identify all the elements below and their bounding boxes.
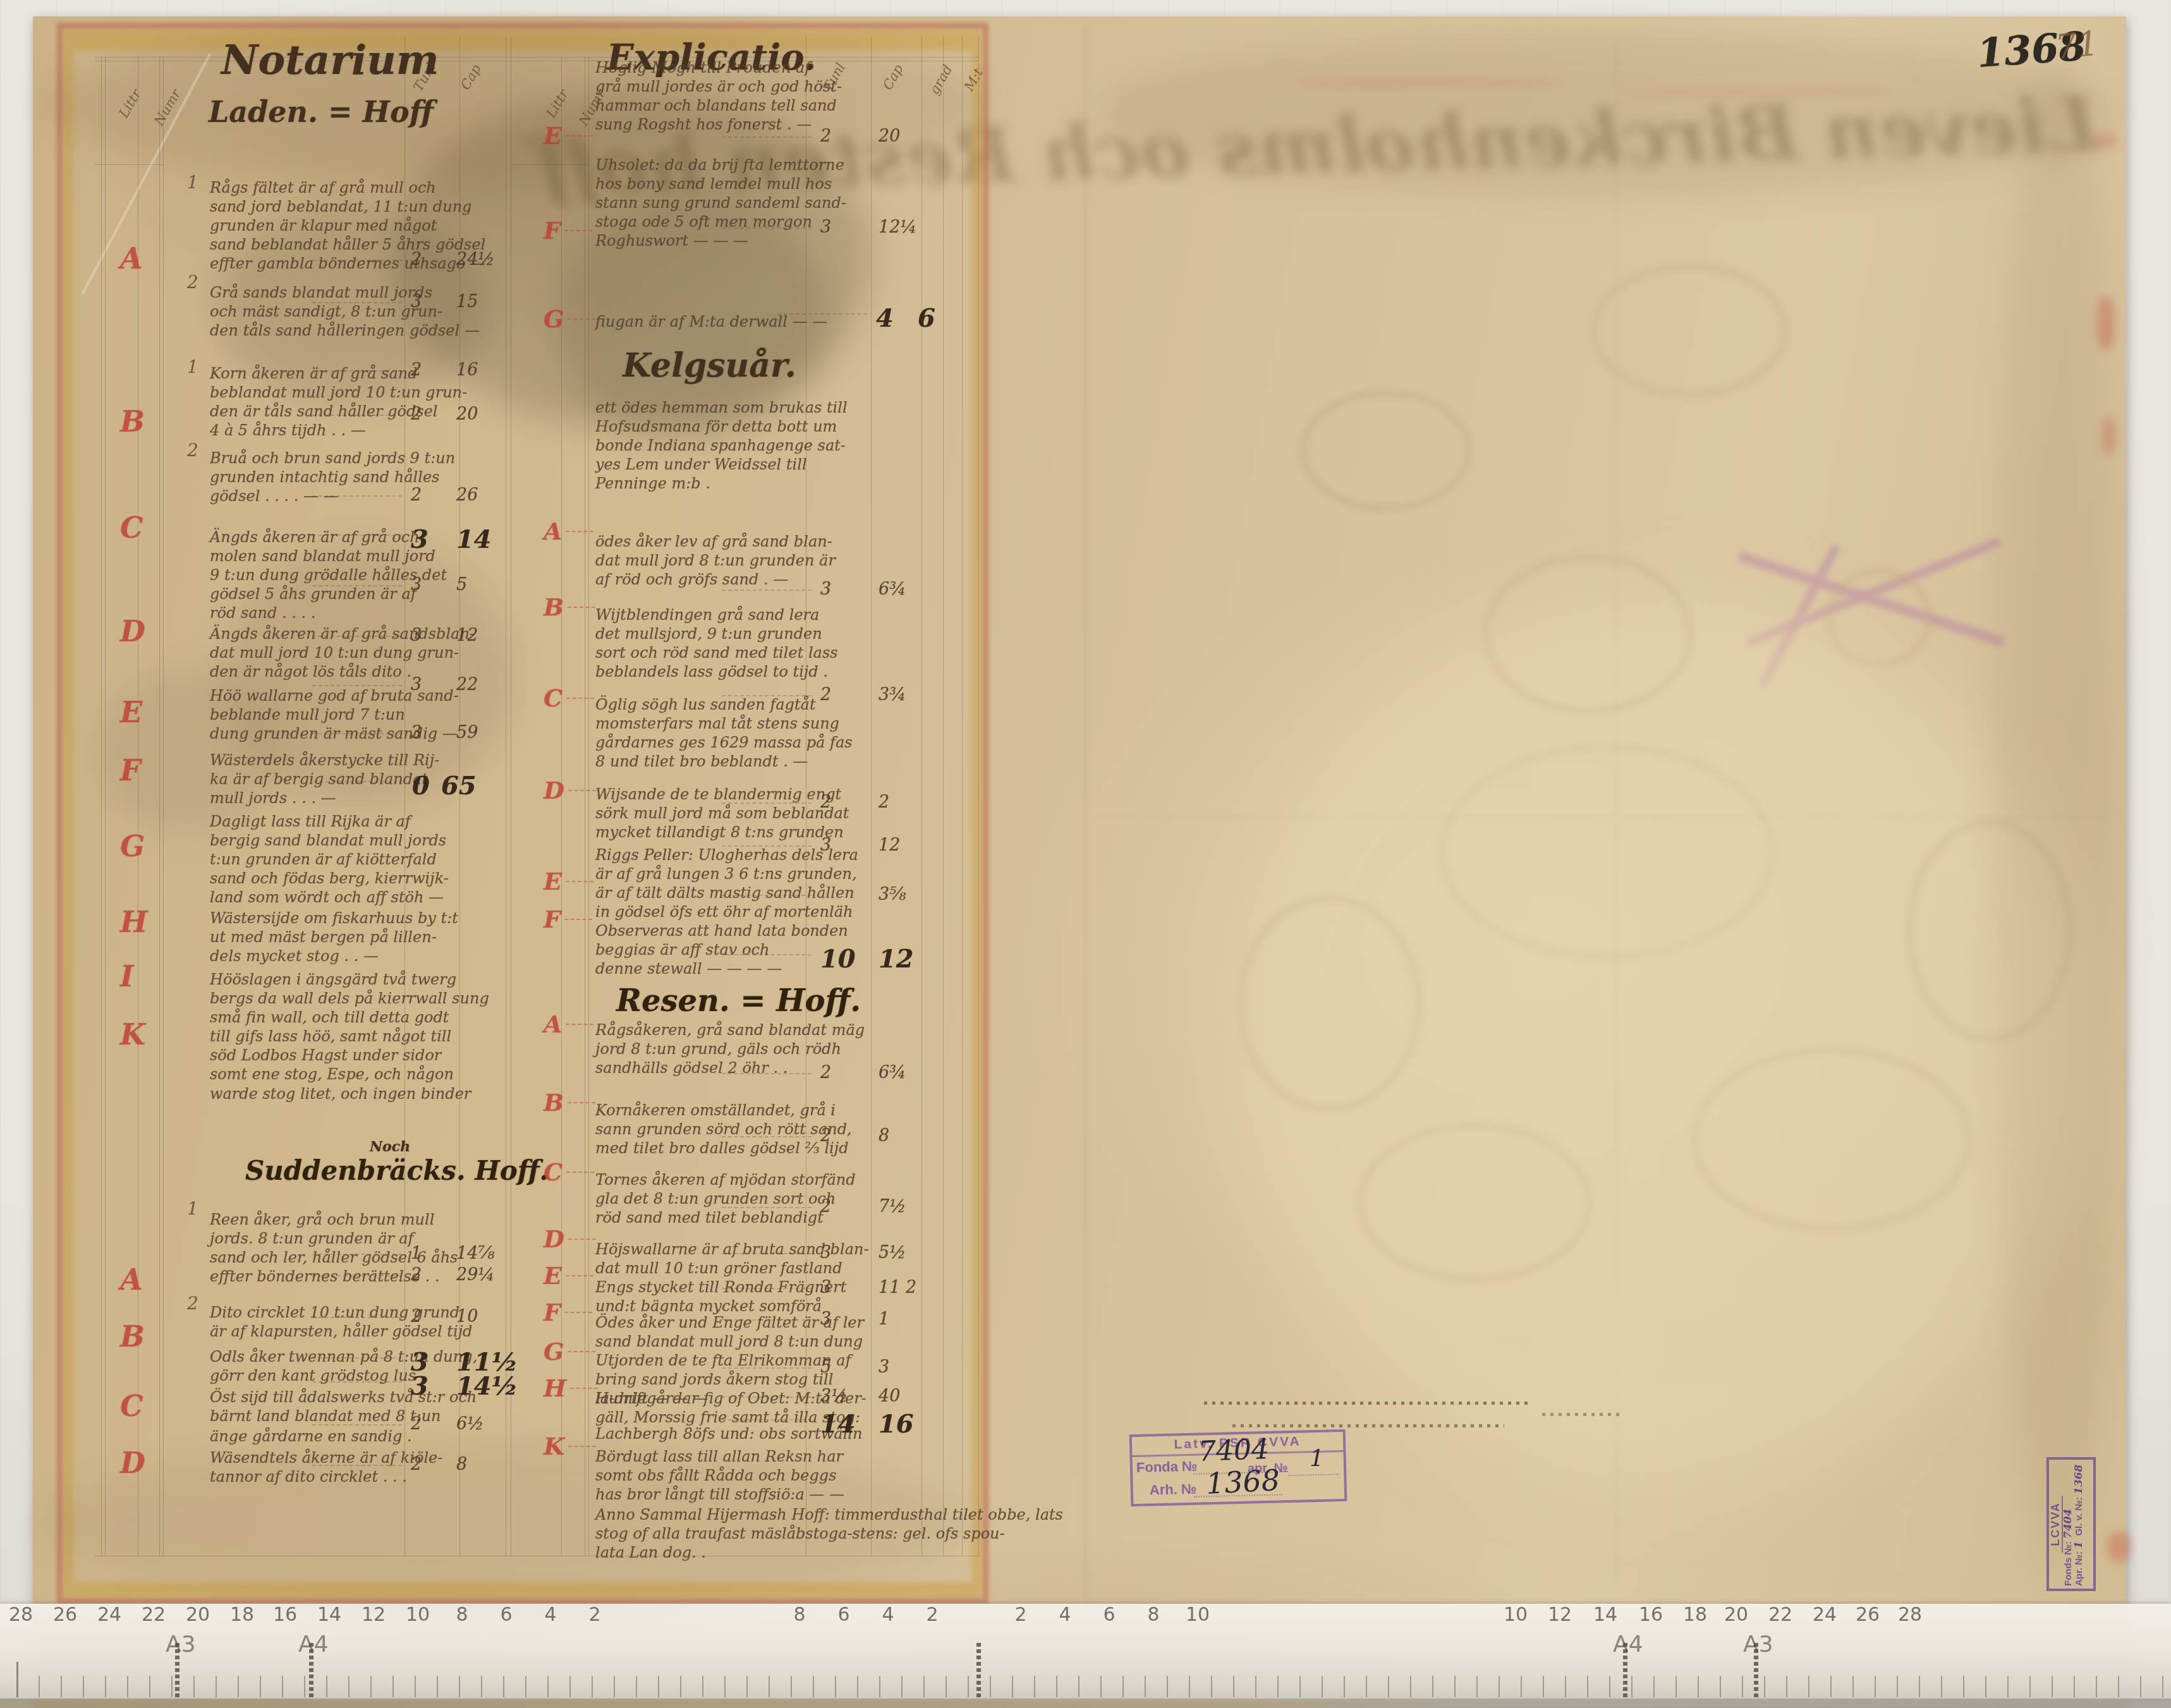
entry-text-line: gödsel 5 åhs grunden är af [210,584,418,603]
entry-text-line: grunden är klapur med något [210,216,418,235]
ruler-tick [879,1676,880,1697]
ruler-tick [1786,1676,1787,1697]
entry-text-line: Wijsande de te blandermig engt [595,785,804,804]
value-tunnor: 0 [412,771,430,801]
photographic-scale-ruler: 2826242220181614121086428642246810101214… [0,1604,2171,1701]
value-leader [722,954,812,955]
value-tunnor: 1 [411,1244,422,1263]
entry-text-line: grå mull jordes är och god höst- [595,77,804,96]
red-ink-mark [2097,297,2115,350]
entry-text: warde stog litet, och ingen binder [210,1084,418,1103]
ruler-tick [2096,1676,2097,1697]
value-tunnor: 2 [411,1265,422,1285]
entry-text: Tornes åkeren af mjödan storfändgla det … [595,1170,804,1227]
value-leader [722,895,812,896]
ruler-label: 28 [1898,1604,1922,1626]
entry-text-line: bärnt land blandat med 8 t:un [210,1407,418,1426]
value-cappar: 26 [456,485,478,505]
section-title: Noch [370,1139,410,1155]
value-tunnor: 3 [820,217,831,237]
entry-text-line: är af klapursten, håller gödsel tijd [210,1322,418,1341]
value-cappar: 16 [879,1409,914,1439]
column-rule [588,57,589,1556]
value-tunnor: 10 [820,944,856,974]
ruler-tick [614,1676,615,1697]
value-cappar: 12 [879,944,914,974]
ruler-label: 8 [793,1604,805,1626]
ruler-tick [1587,1676,1588,1697]
ruler-tick [1056,1676,1057,1697]
ruler-tick [1454,1676,1456,1697]
entry-number: 2 [187,272,198,293]
entry-text-line: Öst sijd till ådalswerks två st:r och [210,1388,418,1407]
value-tunnor: 3 [411,626,422,645]
value-leader [312,636,402,637]
margin-letter: B [120,1319,145,1354]
entry-text-line: effter gambla böndernes uthsago — [210,254,418,273]
entry-text: Wästerdels åkerstycke till Rij-ka är af … [210,751,418,808]
entry-text-line: små fin wall, och till detta godt [210,1008,418,1027]
entry-text-line: röd sand med tilet beblandigt [595,1208,804,1227]
entry-number: 1 [187,1198,198,1219]
entry-text-line: dat mull jord 8 t:un grunden är [595,551,804,570]
value-tunnor: 2 [820,1197,831,1216]
column-rule [978,37,979,1556]
ruler-tick [1410,1676,1411,1697]
value-cappar: 7½ [879,1197,906,1216]
column-rule [561,57,562,1556]
value-tunnor: 3 [820,835,831,855]
ruler-tick [1499,1676,1500,1697]
entry-text-line: Hööslagen i ängsgärd två twerg [210,970,418,989]
entry-text: Anno Sammal Hijermash Hoff: timmerdustha… [595,1505,1063,1562]
value-tunnor: 2 [411,1414,422,1434]
side-stamp-apr-label: Apr. №: [2074,1551,2084,1586]
value-cappar: 3⅝ [879,885,906,904]
entry-text-line: tannor af dito circklet . . . [210,1467,418,1486]
ruler-label: 8 [456,1604,468,1626]
ruler-tick [415,1676,416,1697]
entry-text-line: beblandels lass gödsel to tijd . [595,662,804,681]
entry-text: Wästersijde om fiskarhuus by t:tut med m… [210,909,418,966]
ruler-label: 4 [882,1604,894,1626]
entry-text: Hööslagen i ängsgärd två twergbergs da w… [210,970,418,1084]
entry-number: 1 [187,172,198,193]
value-leader [312,685,402,686]
entry-text-line: Engs stycket till Ronda Frägnert [595,1278,804,1297]
ruler-tick [1233,1676,1234,1697]
ruler-tick [39,1676,40,1697]
entry-text-line: jord 8 t:un grund, gäls och rödh [595,1039,804,1058]
entry-text-line: Penninge m:b . [595,474,804,493]
value-cappar: 24½ [456,250,495,269]
ruler-tick [149,1676,150,1697]
entry-text-line: sand och födas berg, kierrwijk- [210,869,418,888]
value-cappar: 14 [456,524,492,554]
ruler-tick [459,1676,460,1697]
column-rule [163,57,164,1556]
margin-letter: K [544,1432,596,1460]
value-leader [312,1424,402,1426]
entry-text: Rågs fältet är af grå mull ochsand jord … [210,178,418,273]
ruler-tick [481,1676,482,1697]
value-tunnor: 14 [820,1409,856,1439]
ruler-label: 10 [1186,1604,1210,1626]
value-cappar: 1 [879,1309,889,1329]
ruler-label: 10 [406,1604,430,1626]
value-leader [312,1275,402,1276]
value-tunnor: 2 [820,1126,831,1146]
value-cappar: 5½ [879,1243,906,1263]
entry-text-line: Höglig Mogh till Prouden af [595,58,804,77]
value-leader [722,1319,812,1321]
section-title: Laden. = Hoff [209,95,434,129]
margin-letter: F [544,1298,592,1326]
entry-text: ett ödes hemman som brukas tillHofsudsma… [595,398,804,493]
value-cappar: 5 [456,575,467,595]
ghost-outline [1302,392,1470,509]
margin-letter: K [120,1017,145,1051]
entry-text-line: ka är af bergig sand blandat [210,770,418,789]
dotted-ink-row [1542,1413,1624,1416]
value-leader [722,1367,812,1369]
ruler-label: 20 [186,1604,210,1626]
ruler-label: 2 [588,1604,600,1626]
value-tunnor: 2 [820,126,831,146]
red-ink-mark [2092,133,2117,149]
ruler-tick [791,1676,792,1697]
value-cappar: 2 [879,792,889,812]
ruler-tick [1299,1676,1301,1697]
entry-text-line: hammar och blandans tell sand [595,96,804,115]
ruler-tick [1963,1676,1964,1697]
entry-text-line: t:un grunden är af kiötterfald [210,850,418,869]
ruler-tick [990,1676,991,1697]
entry-text-line: Wijtblendingen grå sand lera [595,605,804,624]
ruler-tick [1543,1676,1544,1697]
value-cappar: 11 2 [879,1278,916,1297]
entry-text-line: sandhälls gödsel 2 öhr . . [595,1058,804,1077]
ruler-tick [1521,1676,1522,1697]
margin-letter: B [120,404,145,439]
ruler-label: 8 [1147,1604,1159,1626]
ruler-tick [1875,1676,1876,1697]
entry-text-line: sand beblandat håller 5 åhrs gödsel [210,235,418,254]
ruler-label: 26 [53,1604,77,1626]
ruler-tick [392,1676,394,1697]
format-mark-bar [175,1642,179,1697]
entry-text-line: denne stewall — — — — [595,959,804,978]
ruler-label: 22 [1768,1604,1792,1626]
entry-text: Ängds åkeren är af grå ochmolen sand bla… [210,528,418,622]
value-cappar: 65 [441,771,477,801]
column-rule [101,57,102,1556]
row-rule [511,164,588,165]
entry-text: Lachbergh 8öfs und: obs sortwälln [595,1424,804,1443]
ruler-tick [525,1676,526,1697]
ruler-label: 6 [1103,1604,1115,1626]
ghost-outline [1359,1125,1590,1280]
column-rule [511,37,511,1556]
ruler-tick [1764,1676,1765,1697]
scanned-archival-document: Lieven Birckenholms och Resten hoff 1368… [0,0,2171,1708]
entry-text-line: söd Lodbos Hagst under sidor [210,1046,418,1065]
entry-text: Grå sands blandat mull jordsoch mäst san… [210,283,418,340]
margin-letter: C [544,1158,594,1186]
ghost-outline [1485,556,1691,712]
entry-text-line: Humlegårdar fig of Obet: M:ta der- [595,1389,804,1408]
value-cappar: 20 [456,404,478,424]
margin-letter: F [120,753,141,787]
ruler-label: 4 [544,1604,556,1626]
value-cappar: 6¾ [879,579,906,599]
value-cappar: 12 [879,835,900,855]
ghost-outline [1441,746,1773,958]
ruler-label: 2 [1014,1604,1026,1626]
value-tunnor: 2 [411,1455,422,1474]
ruler-tick [746,1676,748,1697]
ruler-tick [1675,1676,1677,1697]
entry-text-line: 8 und tilet bro beblandt . — [595,752,804,771]
entry-text: ödes åker lev af grå sand blan-dat mull … [595,532,804,589]
entry-text-line: ut med mäst bergen på lillen- [210,928,418,947]
entry-text-line: till gifs lass höö, samt något till [210,1027,418,1046]
value-tunnor: 2 [820,685,831,705]
margin-letter: I [120,959,134,993]
entry-text-line: änge gårdarne en sandig . [210,1427,418,1446]
entry-text-line: stog of alla traufast mäslåbstoga-stens:… [595,1524,1063,1543]
stamp-arh-value: 1368 [1205,1463,1281,1501]
stain [1100,32,2111,196]
value-tunnor: 5 [820,1357,831,1377]
value-cappar: 12 [456,626,478,645]
value-tunnor: 3 [820,1309,831,1329]
value-leader [312,370,402,372]
red-ink-mark [1618,90,1890,95]
section-title: Notarium [221,37,439,84]
entry-text-line: sörk mull jord må som beblandat [595,804,804,823]
value-cappar: 10 [456,1307,478,1326]
column-rule [585,57,585,1556]
ruler-tick [1852,1676,1854,1697]
ruler-tick [702,1676,703,1697]
ruler-tick [1742,1676,1743,1697]
ruler-tick [83,1676,84,1697]
margin-letter: E [544,121,593,150]
format-label: A4 [1613,1632,1643,1657]
value-leader [312,1317,402,1318]
ruler-tick [2118,1676,2119,1697]
entry-text-line: Lachbergh 8öfs und: obs sortwälln [595,1424,804,1443]
entry-text: Wäsendtels åkerne är af kiöle-tannor af … [210,1448,418,1486]
ruler-tick [326,1676,327,1697]
ruler-label: 22 [142,1604,166,1626]
ruler-tick [503,1676,504,1697]
entry-text-line: bring sand jords åkern stog till [595,1370,804,1389]
value-leader [312,1254,402,1255]
column-rule [506,37,506,1556]
value-cappar: 12¼ [879,217,917,237]
entry-text-line: momsterfars mal tåt stens sung [595,714,804,733]
format-label: A3 [166,1632,196,1657]
value-leader [312,260,402,261]
margin-letter: E [120,695,142,729]
margin-letter: A [544,517,593,545]
value-leader [777,313,867,315]
ruler-tick [1122,1676,1124,1697]
entry-text-line: röd sand . . . . [210,603,418,622]
ruler-tick [1078,1676,1079,1697]
entry-text-line: Grå sands blandat mull jords [210,283,418,302]
value-leader [722,1253,812,1254]
ruler-tick [2029,1676,2031,1697]
entry-text-line: Ängds åkeren är af grå sandsblan- [210,624,418,643]
value-cappar: 20 [879,126,900,146]
value-tunnor: 3 [411,575,422,595]
entry-text-line: hos bony sand lemdel mull hos [595,174,804,193]
value-leader [722,1073,812,1074]
section-title: Resen. = Hoff. [616,983,861,1019]
ruler-tick [105,1676,106,1697]
entry-text-line: Dito circklet 10 t:un dung grund [210,1303,418,1322]
ruler-tick [1919,1676,1920,1697]
entry-text: Korn åkeren är af grå sandbeblandat mull… [210,364,418,440]
entry-text-line: somt ene stog, Espe, och någon [210,1065,418,1084]
entry-text-line: grunden intachtig sand hålles [210,468,418,487]
ruler-tick [1565,1676,1566,1697]
ruler-tick [1034,1676,1035,1697]
entry-text: Engs stycket till Ronda Frägnertund:t bä… [595,1278,804,1316]
value-tunnor: 2 [411,404,422,424]
value-tunnor: 3 [820,1278,831,1297]
entry-text-line: Kornåkeren omställandet, grå i [595,1101,804,1120]
entry-text-line: sand jord beblandat, 11 t:un dung [210,197,418,216]
entry-text-line: Hofsudsmana för detta bott um [595,417,804,436]
ruler-label: 12 [362,1604,386,1626]
entry-text-line: Tornes åkeren af mjödan storfänd [595,1170,804,1189]
entry-text-line: den är tåls sand håller gödsel [210,402,418,421]
entry-text-line: Reen åker, grå och brun mull [210,1210,418,1229]
entry-text-line: land som wördt och aff stöh — [210,888,418,907]
paper-crease [1085,25,1086,1605]
format-mark-bar [309,1642,313,1697]
entry-text-line: Öglig sögh lus sanden fagtåt [595,695,804,714]
ruler-label: 20 [1724,1604,1748,1626]
ruler-tick [1808,1676,1809,1697]
ruler-tick [1985,1676,1986,1697]
ghost-outline [1593,265,1786,396]
ruler-tick [1476,1676,1478,1697]
margin-letter: D [544,1225,596,1253]
value-leader [722,845,812,847]
entry-text-line: Höö wallarne god af bruta sand- [210,686,418,705]
ruler-label: 24 [1813,1604,1837,1626]
entry-text-line: Wästerdels åkerstycke till Rij- [210,751,418,770]
ruler-tick [437,1676,438,1697]
ruler-label: 14 [1593,1604,1617,1626]
value-tunnor: 3 [411,723,422,742]
entry-text: Höö wallarne god af bruta sand-beblande … [210,686,418,743]
entry-text-line: in gödsel öfs ett öhr af mortenläh [595,902,804,921]
stamp-arh-label: Arh. № [1150,1481,1197,1499]
ruler-tick [1720,1676,1721,1697]
entry-text-line: Uhsolet: da da brij fta lemttorne [595,155,804,174]
ruler-tick [193,1676,195,1697]
entry-text-line: det mullsjord, 9 t:un grunden [595,624,804,643]
value-cappar: 59 [456,723,478,742]
ruler-tick [1012,1676,1013,1697]
entry-text-line: Ängds åkeren är af grå och [210,528,418,547]
ruler-tick [2140,1676,2141,1697]
ruler-tick [1698,1676,1699,1697]
value-leader [722,136,812,138]
ruler-tick [260,1676,261,1697]
ruler-tick [1941,1676,1942,1697]
margin-letter: F [544,216,592,245]
red-ink-mark [1296,80,1561,86]
column-rule [871,37,872,1556]
value-cappar: 14½ [456,1371,518,1401]
entry-text: Kornåkeren omställandet, grå isann grund… [595,1101,804,1158]
ruler-tick [724,1676,726,1697]
entry-text-line: Anno Sammal Hijermash Hoff: timmerdustha… [595,1505,1063,1524]
stamp-fonda-label: Fonda № [1136,1458,1198,1476]
ruler-tick [901,1676,903,1697]
red-ink-mark [2102,417,2116,455]
red-ink-mark [2107,1532,2131,1562]
entry-text-line: warde stog litet, och ingen binder [210,1084,418,1103]
ruler-label: 24 [97,1604,121,1626]
entry-text-line: Bruå och brun sand jords 9 t:un [210,449,418,468]
entry-text-line: och mäst sandigt, 8 t:un grun- [210,302,418,321]
value-tunnor: 3½ [820,1386,848,1406]
ruler-tick [2007,1676,2009,1697]
value-leader [312,733,402,734]
value-tunnor: 3 [820,579,831,599]
entry-number: 1 [187,356,198,377]
ruler-tick [171,1676,173,1697]
ruler-label: 12 [1548,1604,1572,1626]
ruler-label: 26 [1856,1604,1880,1626]
column-rule [105,57,106,1556]
value-leader [312,302,402,303]
entry-text-line: has bror långt till stoffsiö:a — — [595,1485,804,1504]
dotted-ink-row [1204,1402,1529,1405]
entry-text: Höglig Mogh till Prouden afgrå mull jord… [595,58,804,134]
value-tunnor: 2 [411,1307,422,1326]
value-tunnor: 3 [411,675,422,694]
stamp-apr-value: 1 [1310,1446,1324,1472]
value-tunnor: 2 [411,485,422,505]
entry-text: Bördugt lass till allan Reksn harsomt ob… [595,1447,804,1504]
margin-letter: F [544,905,592,933]
format-mark-bar [976,1642,981,1697]
entry-text-line: Rågsåkeren, grå sand blandat mäg [595,1021,804,1039]
entry-text-line: bergig sand blandat mull jords [210,831,418,850]
value-leader [312,495,402,497]
entry-text: Ödes åker und Enge fältet är af lersand … [595,1313,804,1351]
entry-text: Uhsolet: da da brij fta lemttornehos bon… [595,155,804,250]
entry-text-line: beggias är aff stav och [595,940,804,959]
ruler-tick [2162,1676,2163,1697]
entry-text-line: sort och röd sand med tilet lass [595,643,804,662]
column-rule [159,57,160,1556]
entry-text-line: den tåls sand hålleringen gödsel — [210,321,418,340]
ruler-tick [1145,1676,1146,1697]
ruler-label: 16 [273,1604,297,1626]
entry-text-line: gårdarnes ges 1629 massa på fas [595,733,804,752]
entry-text-line: beblande mull jord 7 t:un [210,705,418,724]
